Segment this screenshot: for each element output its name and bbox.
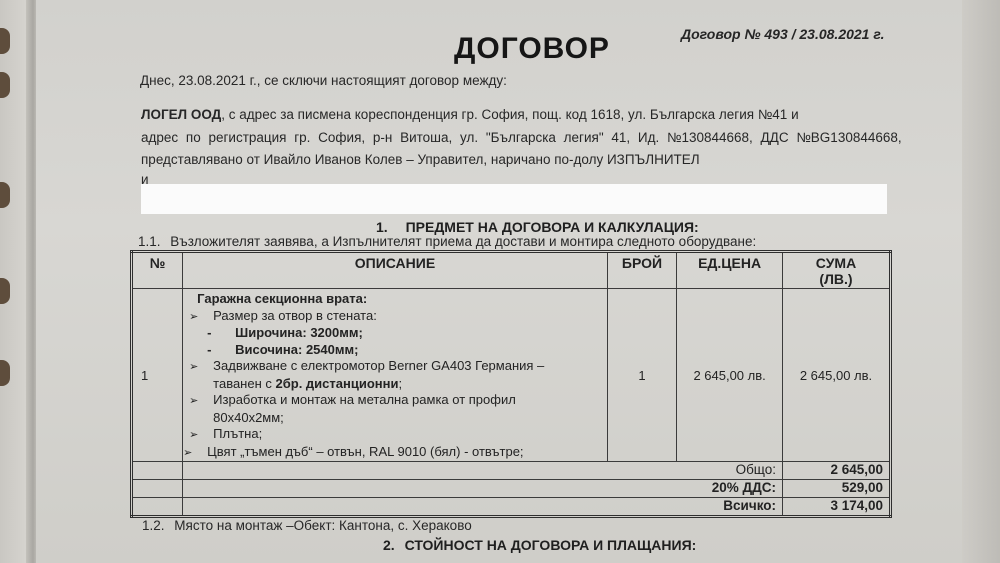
vat-label: 20% ДДС: — [183, 480, 783, 498]
header-description: ОПИСАНИЕ — [183, 252, 608, 289]
item-motor-cont: таванен с — [213, 376, 275, 391]
item-width: Широчина: 3200мм; — [235, 325, 363, 340]
adjacent-sheet — [958, 0, 1000, 563]
contractor-name: ЛОГЕЛ ООД — [141, 107, 221, 122]
header-sum: СУМА (ЛВ.) — [783, 252, 891, 289]
table-header-row: № ОПИСАНИЕ БРОЙ ЕД.ЦЕНА СУМА (ЛВ.) — [132, 252, 891, 289]
clause-1-1-number: 1.1. — [138, 234, 161, 249]
clause-1-1-text: Възложителят заявява, а Изпълнителят при… — [170, 234, 756, 249]
item-frame: Изработка и монтаж на метална рамка от п… — [213, 392, 516, 407]
row-description: Гаражна секционна врата: ➢Размер за отво… — [183, 289, 608, 462]
header-sum-line-1: СУМА — [789, 255, 883, 271]
empty-cell — [132, 498, 183, 517]
punch-hole — [0, 28, 10, 54]
section-1-heading: 1. ПРЕДМЕТ НА ДОГОВОРА И КАЛКУЛАЦИЯ: — [376, 219, 699, 235]
dash-icon: - — [189, 342, 235, 359]
section-2-heading: 2. СТОЙНОСТ НА ДОГОВОРА И ПЛАЩАНИЯ: — [383, 537, 696, 553]
punch-hole — [0, 72, 10, 98]
clause-1-2-text: Място на монтаж –Обект: Кантона, с. Хера… — [174, 518, 471, 533]
contractor-line-3: представлявано от Ивайло Иванов Колев – … — [141, 152, 700, 167]
bullet-arrow-icon: ➢ — [189, 359, 213, 376]
totals-row-grand: Всичко: 3 174,00 — [132, 498, 891, 517]
document-title: ДОГОВОР — [454, 32, 610, 66]
contractor-line-1: ЛОГЕЛ ООД, с адрес за писмена кореспонде… — [141, 107, 799, 122]
item-motor: Задвижване с електромотор Berner GA403 Г… — [213, 358, 544, 373]
punch-hole — [0, 360, 10, 386]
punch-hole — [0, 278, 10, 304]
row-sum: 2 645,00 лв. — [783, 289, 891, 462]
grand-total-label: Всичко: — [183, 498, 783, 517]
clause-1-2: 1.2. Място на монтаж –Обект: Кантона, с.… — [142, 518, 472, 533]
row-unit-price: 2 645,00 лв. — [677, 289, 783, 462]
dash-icon: - — [189, 325, 235, 342]
table-row: 1 Гаражна секционна врата: ➢Размер за от… — [132, 289, 891, 462]
contractor-line-2: адрес по регистрация гр. София, р-н Вито… — [141, 130, 902, 145]
section-1-number: 1. — [376, 219, 388, 235]
equipment-table: № ОПИСАНИЕ БРОЙ ЕД.ЦЕНА СУМА (ЛВ.) 1 Гар… — [130, 250, 892, 518]
section-1-title: ПРЕДМЕТ НА ДОГОВОРА И КАЛКУЛАЦИЯ: — [406, 219, 699, 235]
subtotal-value: 2 645,00 — [783, 462, 891, 480]
contractor-address: , с адрес за писмена кореспонденция гр. … — [221, 107, 798, 122]
redacted-client-block — [141, 184, 887, 214]
bullet-arrow-icon: ➢ — [189, 309, 213, 326]
item-frame-profile: 80x40x2мм; — [189, 410, 601, 427]
item-solid: Плътна; — [213, 426, 262, 441]
item-title: Гаражна секционна врата: — [189, 291, 601, 308]
item-color: Цвят „тъмен дъб“ – отвън, RAL 9010 (бял)… — [207, 444, 523, 459]
section-2-title: СТОЙНОСТ НА ДОГОВОРА И ПЛАЩАНИЯ: — [405, 537, 697, 553]
bullet-arrow-icon: ➢ — [189, 427, 213, 444]
row-qty: 1 — [607, 289, 676, 462]
vat-value: 529,00 — [783, 480, 891, 498]
section-2-number: 2. — [383, 537, 395, 553]
empty-cell — [132, 480, 183, 498]
empty-cell — [132, 462, 183, 480]
header-sum-line-2: (ЛВ.) — [789, 271, 883, 287]
grand-total-value: 3 174,00 — [783, 498, 891, 517]
intro-line: Днес, 23.08.2021 г., се сключи настоящия… — [140, 73, 507, 88]
header-qty: БРОЙ — [607, 252, 676, 289]
item-remotes: 2бр. дистанционни — [276, 376, 399, 391]
item-size-label: Размер за отвор в стената: — [213, 308, 377, 323]
item-height: Височина: 2540мм; — [235, 342, 358, 357]
contract-reference: Договор № 493 / 23.08.2021 г. — [681, 26, 885, 42]
bullet-arrow-icon: ➢ — [183, 445, 207, 462]
bullet-arrow-icon: ➢ — [189, 393, 213, 410]
totals-row-vat: 20% ДДС: 529,00 — [132, 480, 891, 498]
contract-page: Договор № 493 / 23.08.2021 г. ДОГОВОР Дн… — [36, 0, 962, 563]
header-no: № — [132, 252, 183, 289]
punch-hole — [0, 182, 10, 208]
totals-row-subtotal: Общо: 2 645,00 — [132, 462, 891, 480]
row-no: 1 — [132, 289, 183, 462]
clause-1-1: 1.1. Възложителят заявява, а Изпълнителя… — [138, 234, 756, 249]
header-unit-price: ЕД.ЦЕНА — [677, 252, 783, 289]
clause-1-2-number: 1.2. — [142, 518, 165, 533]
subtotal-label: Общо: — [183, 462, 783, 480]
item-motor-end: ; — [398, 376, 402, 391]
